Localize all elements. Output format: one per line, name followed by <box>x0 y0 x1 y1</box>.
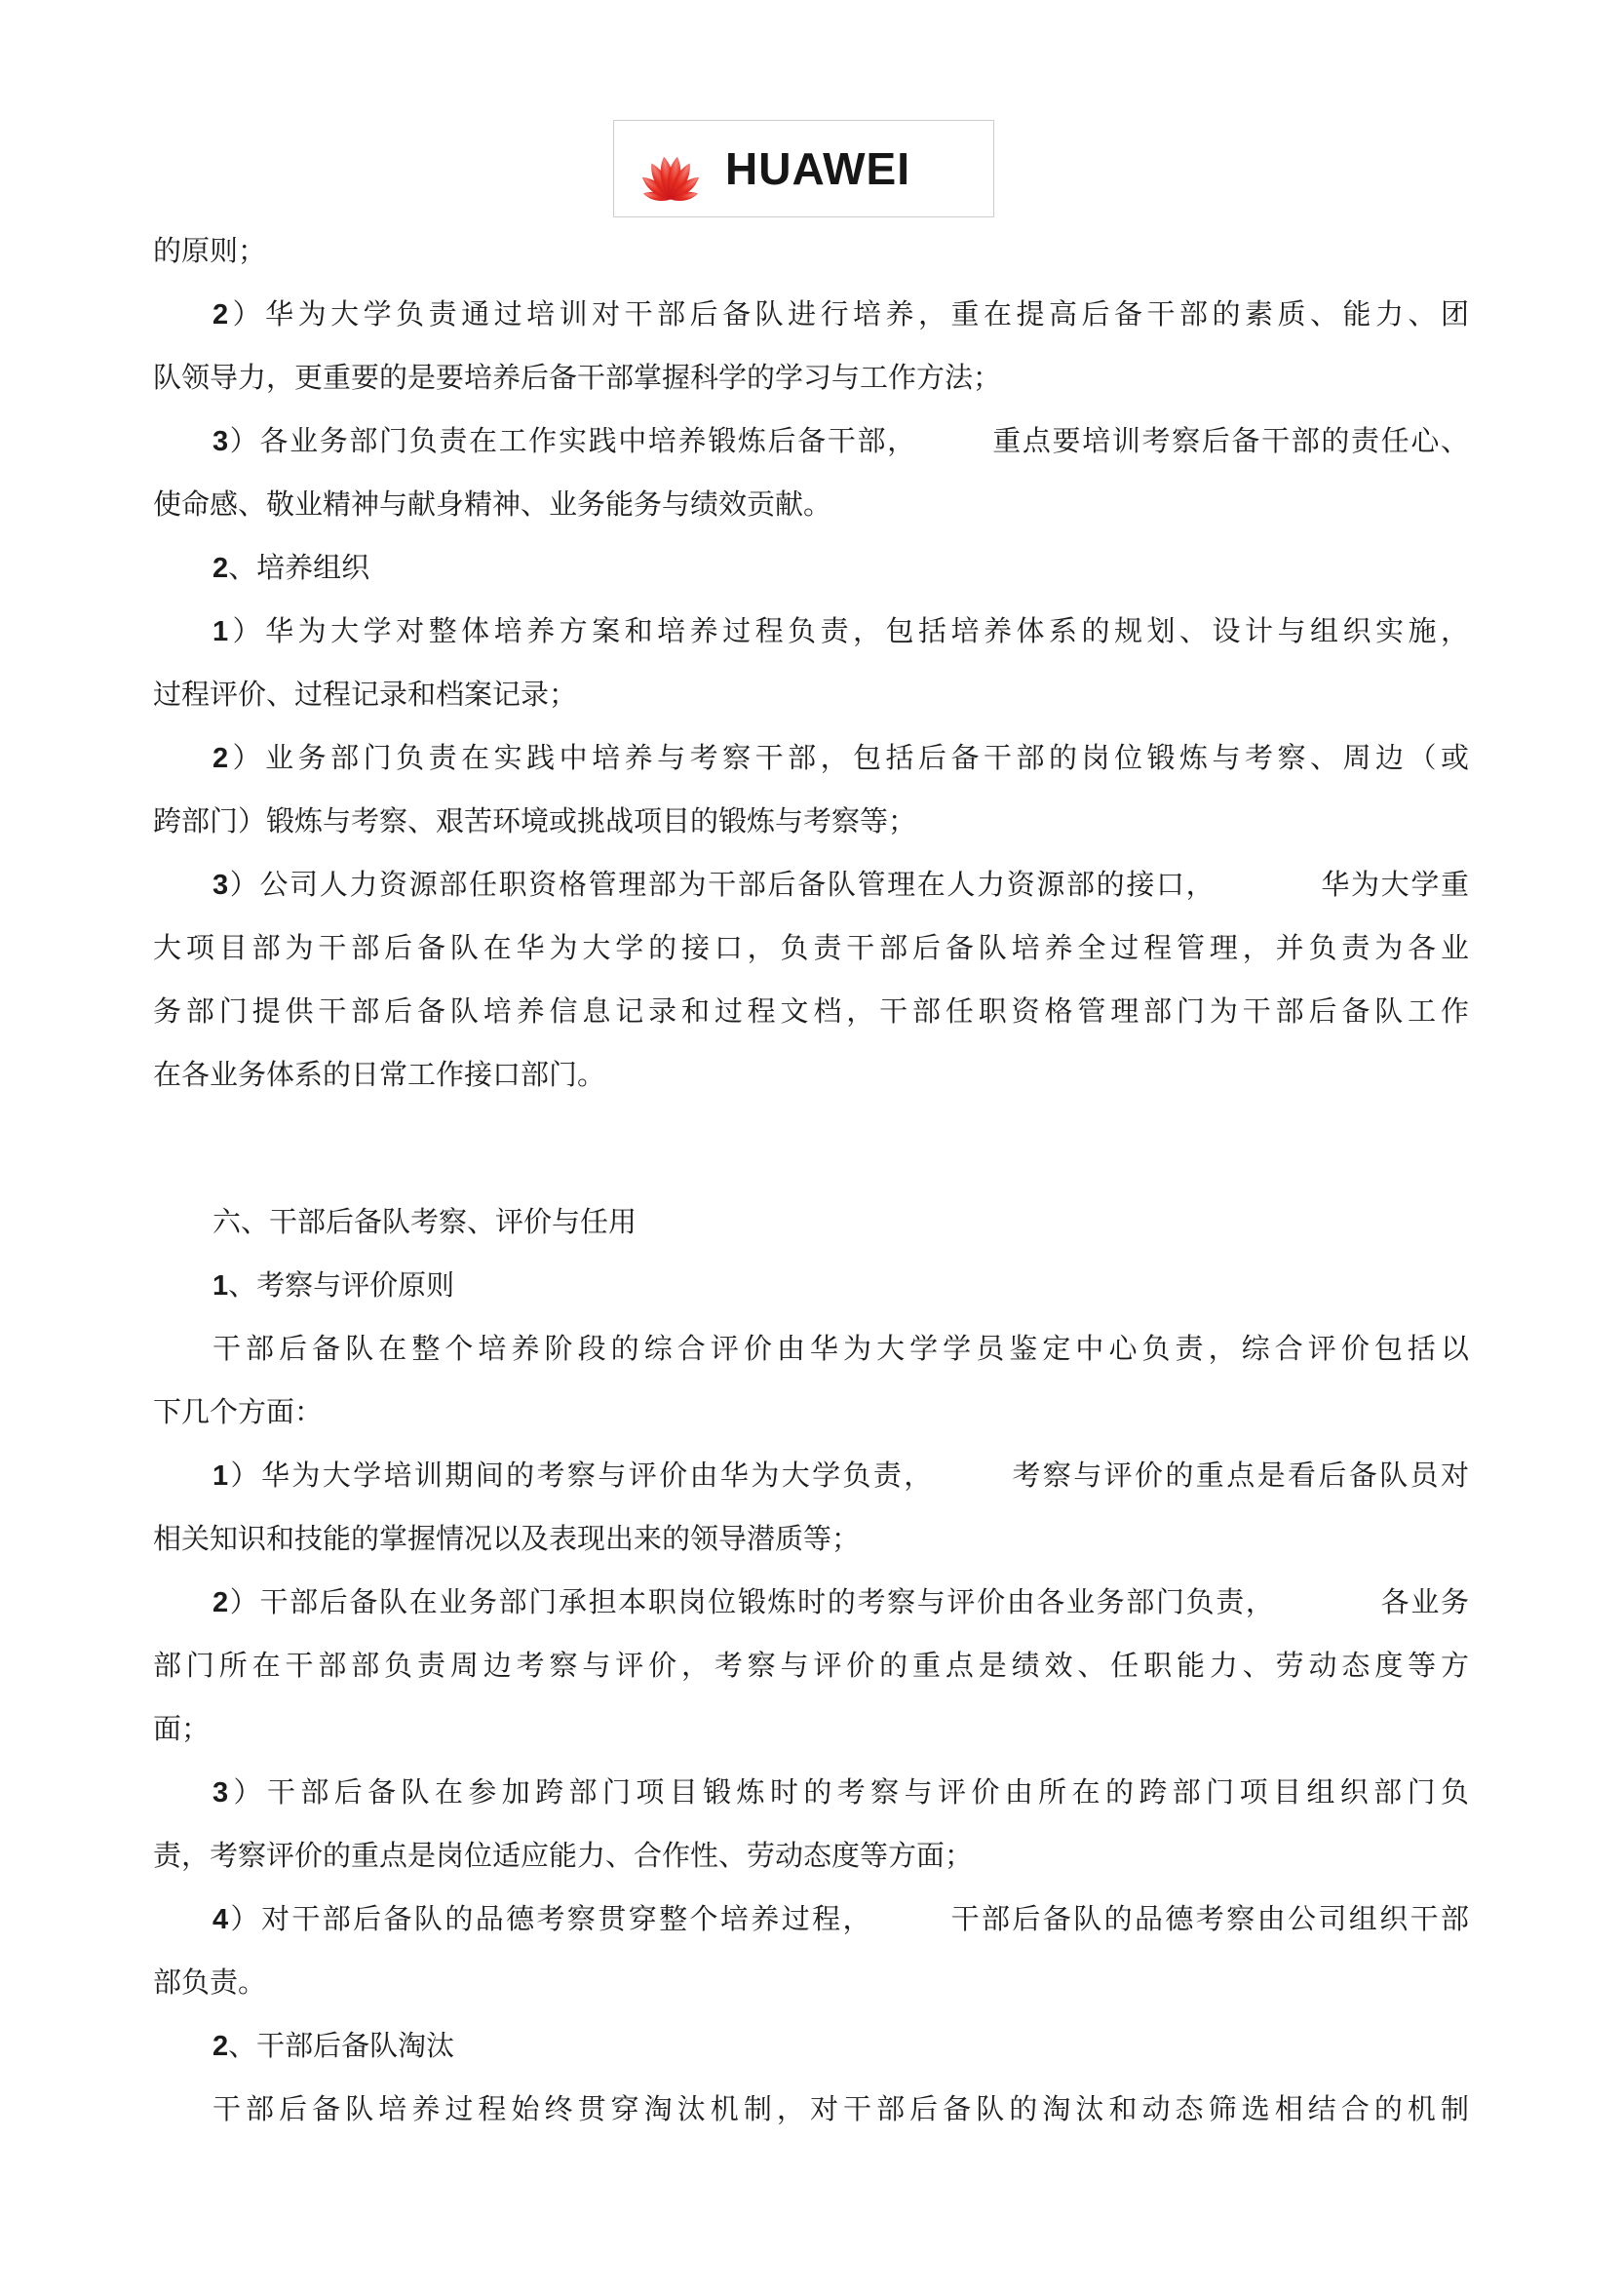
text-line: 干部后备队培养过程始终贯穿淘汰机制，对干部后备队的淘汰和动态筛选相结合的机制 <box>153 2079 1469 2142</box>
logo-box: HUAWEI <box>613 120 994 217</box>
text-line: 2）业务部门负责在实践中培养与考察干部，包括后备干部的岗位锻炼与考察、周边（或 <box>153 727 1469 791</box>
text-line: 3）干部后备队在参加跨部门项目锻炼时的考察与评价由所在的跨部门项目组织部门负 <box>153 1762 1469 1825</box>
text-line: 下几个方面： <box>153 1381 1469 1445</box>
text-line: 在各业务体系的日常工作接口部门。 <box>153 1044 1469 1108</box>
text-line: 跨部门）锻炼与考察、艰苦环境或挑战项目的锻炼与考察等； <box>153 791 1469 854</box>
text-line: 3）各业务部门负责在工作实践中培养锻炼后备干部， 重点要培训考察后备干部的责任心… <box>153 410 1469 474</box>
text-line: 3）公司人力资源部任职资格管理部为干部后备队管理在人力资源部的接口， 华为大学重 <box>153 854 1469 917</box>
text-line: 1）华为大学对整体培养方案和培养过程负责，包括培养体系的规划、设计与组织实施， <box>153 601 1469 664</box>
text-line: 过程评价、过程记录和档案记录； <box>153 664 1469 727</box>
text-line: 2、干部后备队淘汰 <box>153 2015 1469 2079</box>
text-line: 六、干部后备队考察、评价与任用 <box>153 1191 1469 1255</box>
document-body: 的原则；2）华为大学负责通过培训对干部后备队进行培养，重在提高后备干部的素质、能… <box>153 220 1469 2142</box>
text-line: 务部门提供干部后备队培养信息记录和过程文档，干部任职资格管理部门为干部后备队工作 <box>153 981 1469 1044</box>
page: HUAWEI 的原则；2）华为大学负责通过培训对干部后备队进行培养，重在提高后备… <box>0 0 1622 2296</box>
text-line: 4）对干部后备队的品德考察贯穿整个培养过程， 干部后备队的品德考察由公司组织干部 <box>153 1888 1469 1952</box>
text-line: 干部后备队在整个培养阶段的综合评价由华为大学学员鉴定中心负责，综合评价包括以 <box>153 1318 1469 1381</box>
text-line: 部负责。 <box>153 1952 1469 2015</box>
text-line: 使命感、敬业精神与献身精神、业务能务与绩效贡献。 <box>153 474 1469 537</box>
huawei-logo-icon <box>628 125 714 213</box>
text-line: 大项目部为干部后备队在华为大学的接口，负责干部后备队培养全过程管理，并负责为各业 <box>153 917 1469 981</box>
text-line: 的原则； <box>153 220 1469 284</box>
text-line: 相关知识和技能的掌握情况以及表现出来的领导潜质等； <box>153 1508 1469 1572</box>
text-line: 1、考察与评价原则 <box>153 1255 1469 1318</box>
text-line: 2）华为大学负责通过培训对干部后备队进行培养，重在提高后备干部的素质、能力、团 <box>153 284 1469 347</box>
text-line: 队领导力，更重要的是要培养后备干部掌握科学的学习与工作方法； <box>153 347 1469 410</box>
text-line: 1）华为大学培训期间的考察与评价由华为大学负责， 考察与评价的重点是看后备队员对 <box>153 1445 1469 1508</box>
text-line: 2）干部后备队在业务部门承担本职岗位锻炼时的考察与评价由各业务部门负责， 各业务 <box>153 1572 1469 1635</box>
huawei-wordmark: HUAWEI <box>725 146 910 191</box>
text-line: 面； <box>153 1698 1469 1762</box>
text-line: 责，考察评价的重点是岗位适应能力、合作性、劳动态度等方面； <box>153 1825 1469 1888</box>
text-line: 2、培养组织 <box>153 537 1469 601</box>
text-line: 部门所在干部部负责周边考察与评价，考察与评价的重点是绩效、任职能力、劳动态度等方 <box>153 1635 1469 1698</box>
